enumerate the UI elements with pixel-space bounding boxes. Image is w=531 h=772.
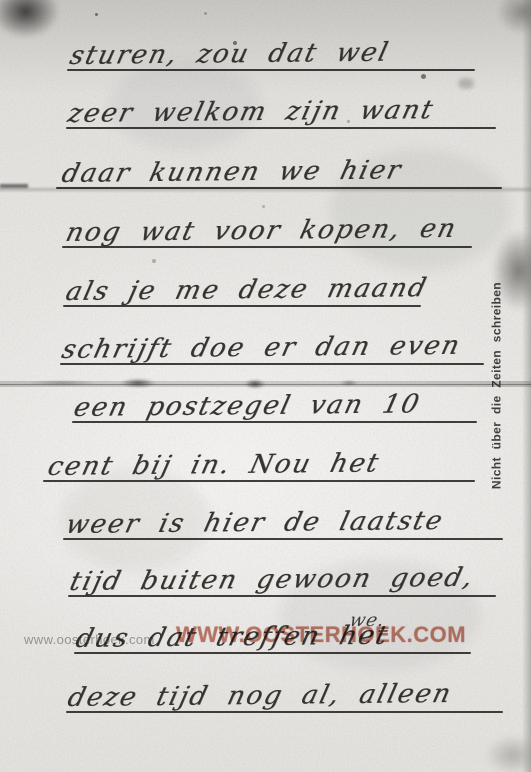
ink-speck <box>421 74 426 79</box>
crease-smudge-4 <box>338 379 360 387</box>
handwriting-line-4: nog wat voor kopen, en <box>62 211 461 251</box>
handwriting-line-6: schrijft doe er dan even <box>58 328 465 368</box>
handwriting-line-9: weer is hier de laatste <box>62 503 448 543</box>
fold-crease-upper-edge-mark <box>0 184 28 188</box>
handwriting-line-1: sturen, zou dat wel <box>66 35 393 74</box>
ink-speck <box>262 205 265 208</box>
stain-top-left <box>0 0 73 49</box>
handwriting-line-5: als je me deze maand <box>62 270 431 310</box>
handwriting-line-7: een postzegel van 10 <box>70 386 424 426</box>
stain-top-right <box>488 0 531 42</box>
ink-speck <box>204 12 207 15</box>
handwriting-line-3: daar kunnen we hier <box>58 152 406 192</box>
ink-speck <box>95 13 98 16</box>
letter-scan-page: sturen, zou dat wel zeer welkom zijn wan… <box>0 0 531 772</box>
handwriting-line-10: tijd buiten gewoon goed, <box>66 560 478 600</box>
right-edge-shade <box>522 0 531 772</box>
smudge-speck <box>458 78 474 89</box>
fold-crease-middle <box>0 381 531 387</box>
stain-bottom-right <box>478 730 531 772</box>
fold-crease-middle-line <box>0 384 531 385</box>
crease-smudge-1 <box>116 377 160 389</box>
handwriting-line-12: deze tijd nog al, alleen <box>64 676 456 716</box>
margin-instruction-text: Nicht über die Zeiten schreiben <box>490 278 505 494</box>
crease-smudge-3 <box>22 379 102 387</box>
handwriting-line-2: zeer welkom zijn want <box>64 92 438 132</box>
ink-speck <box>152 259 156 263</box>
watermark-small: www.oosterhoek.com <box>24 632 155 647</box>
handwriting-line-8: cent bij in. Nou het <box>44 446 384 485</box>
watermark-large: WWW.OOSTERHOEK.COM <box>176 622 466 648</box>
